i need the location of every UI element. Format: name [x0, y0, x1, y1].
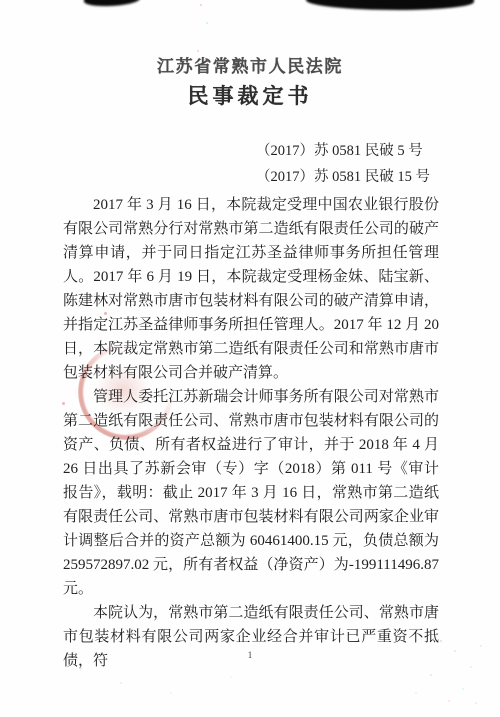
- document-title: 民事裁定书: [0, 80, 500, 110]
- case-number-2: （2017）苏 0581 民破 15 号: [256, 165, 430, 191]
- body-paragraph-3: 本院认为，常熟市第二造纸有限责任公司、常熟市唐市包装材料有限公司两家企业经合并审…: [63, 601, 439, 673]
- scan-noise-speckles-bottom-left: [80, 668, 82, 670]
- scanned-court-document-page: 江苏省常熟市人民法院 民事裁定书 （2017）苏 0581 民破 5 号 （20…: [0, 0, 500, 717]
- scan-smudge-top-left: [84, 0, 140, 6]
- scan-smudge-top-right: [306, 0, 474, 10]
- case-number-block: （2017）苏 0581 民破 5 号 （2017）苏 0581 民破 15 号: [256, 139, 430, 190]
- body-paragraph-1: 2017 年 3 月 16 日，本院裁定受理中国农业银行股份有限公司常熟分行对常…: [63, 193, 439, 385]
- page-number: 1: [0, 650, 500, 660]
- scan-noise-speckles-top: [200, 4, 202, 6]
- ruling-body: 2017 年 3 月 16 日，本院裁定受理中国农业银行股份有限公司常熟分行对常…: [63, 193, 439, 673]
- case-number-1: （2017）苏 0581 民破 5 号: [256, 139, 430, 165]
- scan-noise-speckles-bottom-right: [440, 640, 442, 642]
- body-paragraph-2: 管理人委托江苏新瑞会计师事务所有限公司对常熟市第二造纸有限责任公司、常熟市唐市包…: [63, 385, 439, 601]
- court-name: 江苏省常熟市人民法院: [0, 52, 500, 77]
